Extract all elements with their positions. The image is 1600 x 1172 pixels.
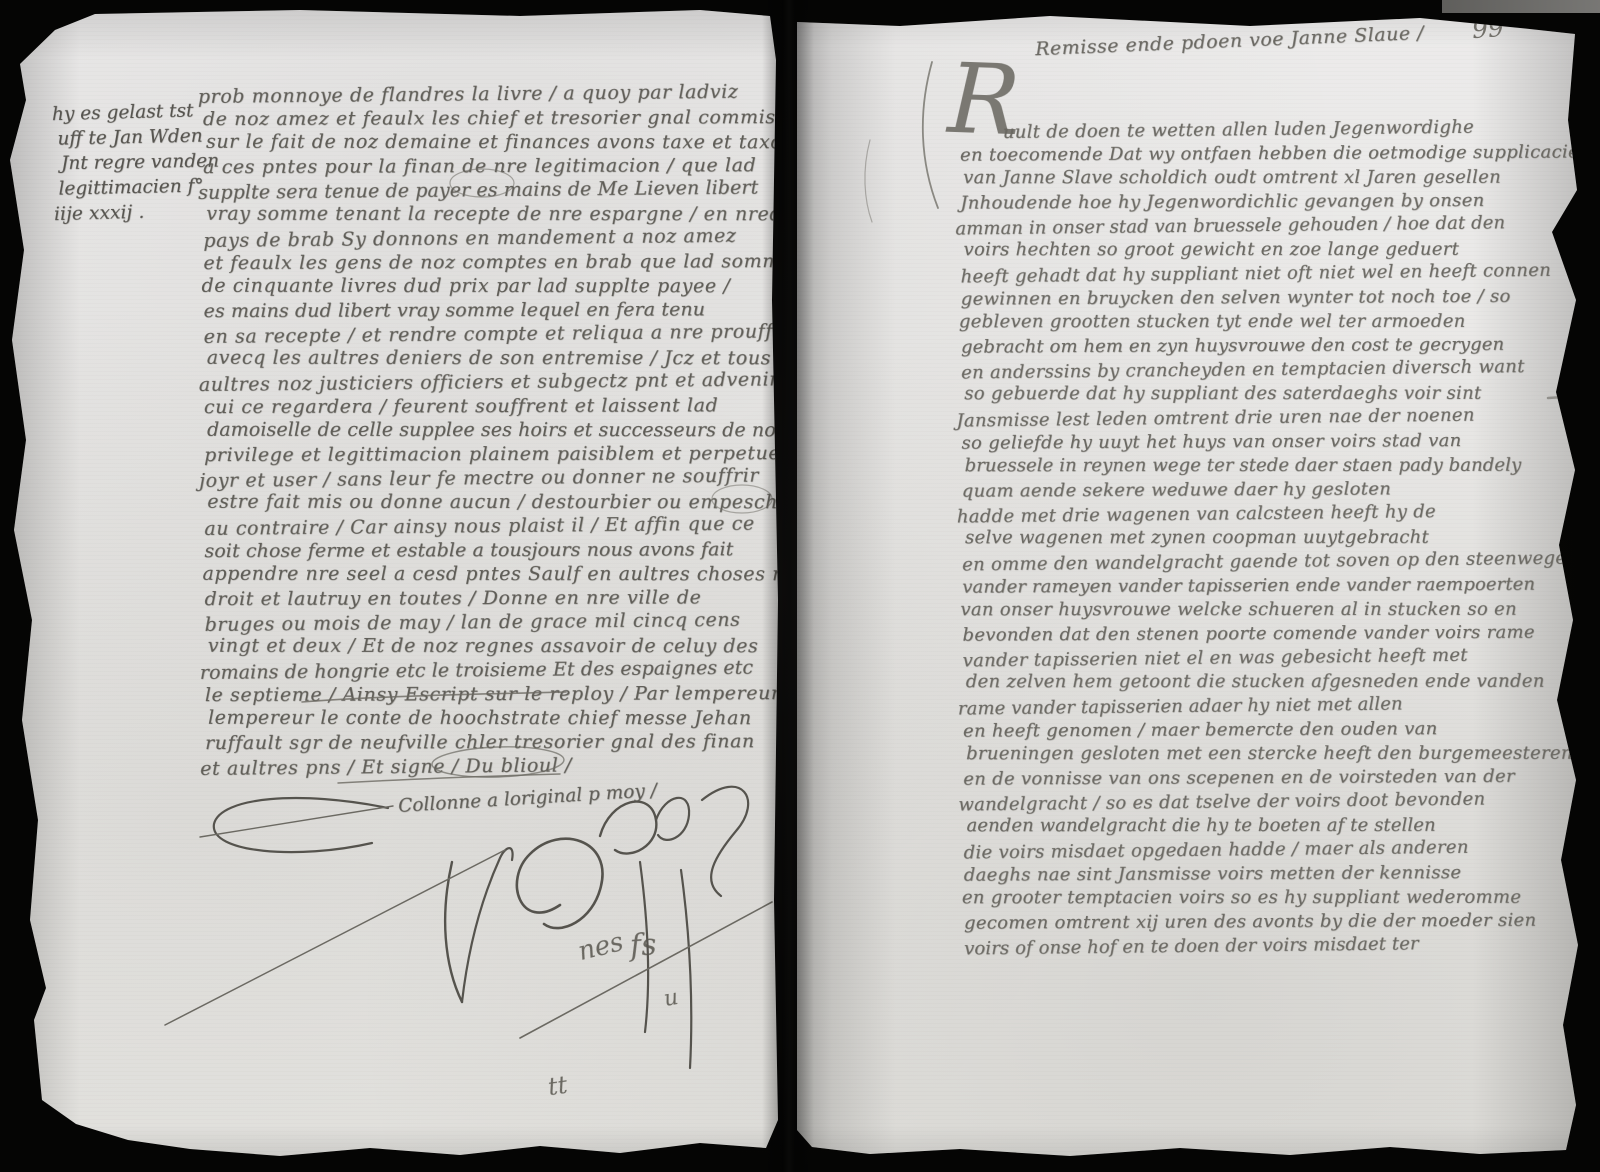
book-gutter-shadow xyxy=(762,0,814,1172)
notary-paraph-icon xyxy=(0,0,800,1172)
manuscript-photo: hy es gelast tstuff te Jan WdenJnt regre… xyxy=(0,0,1600,1172)
backdrop-paper-sliver xyxy=(1442,0,1600,13)
